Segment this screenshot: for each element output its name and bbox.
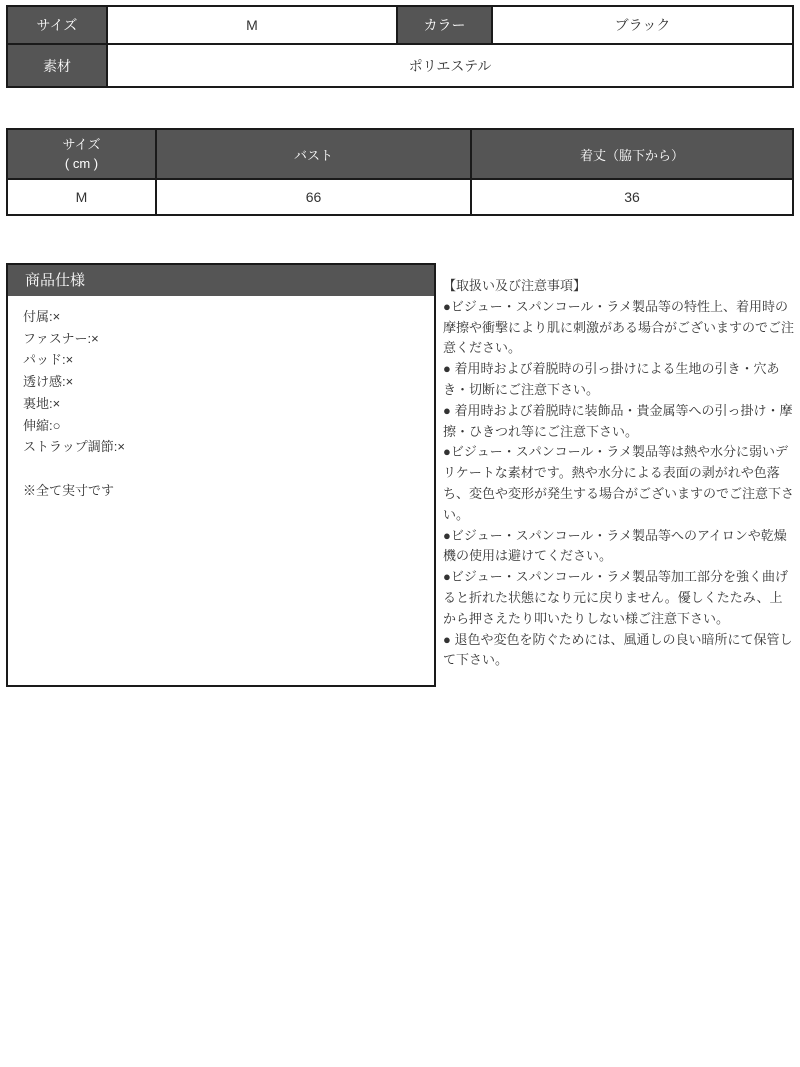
care-note-item: ●ビジュー・スパンコール・ラメ製品等へのアイロンや乾燥機の使用は避けてください。	[443, 526, 795, 568]
bust-header-cell: バスト	[157, 130, 472, 178]
size-cm-header-cell: サイズ ( cm )	[8, 130, 157, 178]
size-value-cell: M	[108, 7, 398, 43]
spec-item-strap-adjust: ストラップ調節:×	[23, 436, 419, 458]
material-label-cell: 素材	[8, 45, 108, 86]
size-cm-header-line1: サイズ	[63, 135, 101, 155]
size-cm-header-text: サイズ ( cm )	[63, 135, 101, 174]
spec-item-accessories: 付属:×	[23, 306, 419, 328]
measurements-data-row: M 66 36	[8, 180, 792, 214]
length-header-cell: 着丈（脇下から）	[472, 130, 792, 178]
material-value-cell: ポリエステル	[108, 45, 792, 86]
product-spec-title: 商品仕様	[8, 265, 434, 296]
care-notes-section: 【取扱い及び注意事項】 ●ビジュー・スパンコール・ラメ製品等の特性上、着用時の摩…	[443, 276, 795, 671]
care-note-item: ● 着用時および着脱時に装飾品・貴金属等への引っ掛け・摩擦・ひきつれ等にご注意下…	[443, 401, 795, 443]
size-color-row: サイズ M カラー ブラック	[8, 7, 792, 45]
care-note-item: ●ビジュー・スパンコール・ラメ製品等加工部分を強く曲げると折れた状態になり元に戻…	[443, 567, 795, 629]
spec-item-stretch: 伸縮:○	[23, 415, 419, 437]
size-color-material-table: サイズ M カラー ブラック 素材 ポリエステル	[6, 5, 794, 88]
measurements-header-row: サイズ ( cm ) バスト 着丈（脇下から）	[8, 130, 792, 180]
color-value-cell: ブラック	[493, 7, 792, 43]
size-label-cell: サイズ	[8, 7, 108, 43]
length-value: 36	[472, 180, 792, 214]
product-spec-box: 商品仕様 付属:× ファスナー:× パッド:× 透け感:× 裏地:× 伸縮:○ …	[6, 263, 436, 687]
care-note-item: ● 退色や変色を防ぐためには、風通しの良い暗所にて保管して下さい。	[443, 630, 795, 672]
product-spec-list: 付属:× ファスナー:× パッド:× 透け感:× 裏地:× 伸縮:○ ストラップ…	[8, 296, 434, 511]
care-note-item: ●ビジュー・スパンコール・ラメ製品等は熱や水分に弱いデリケートな素材です。熱や水…	[443, 442, 795, 525]
size-cm-header-line2: ( cm )	[65, 154, 98, 174]
spec-item-sheerness: 透け感:×	[23, 371, 419, 393]
color-label-cell: カラー	[398, 7, 493, 43]
spec-item-fastener: ファスナー:×	[23, 328, 419, 350]
spec-item-lining: 裏地:×	[23, 393, 419, 415]
care-note-item: ●ビジュー・スパンコール・ラメ製品等の特性上、着用時の摩擦や衝撃により肌に刺激が…	[443, 297, 795, 359]
care-note-item: ● 着用時および着脱時の引っ掛けによる生地の引き・穴あき・切断にご注意下さい。	[443, 359, 795, 401]
size-value: M	[8, 180, 157, 214]
bust-value: 66	[157, 180, 472, 214]
spec-actual-size-note: ※全て実寸です	[23, 480, 419, 502]
care-notes-title: 【取扱い及び注意事項】	[443, 276, 795, 297]
measurements-table: サイズ ( cm ) バスト 着丈（脇下から） M 66 36	[6, 128, 794, 216]
spec-item-pad: パッド:×	[23, 349, 419, 371]
material-row: 素材 ポリエステル	[8, 45, 792, 86]
